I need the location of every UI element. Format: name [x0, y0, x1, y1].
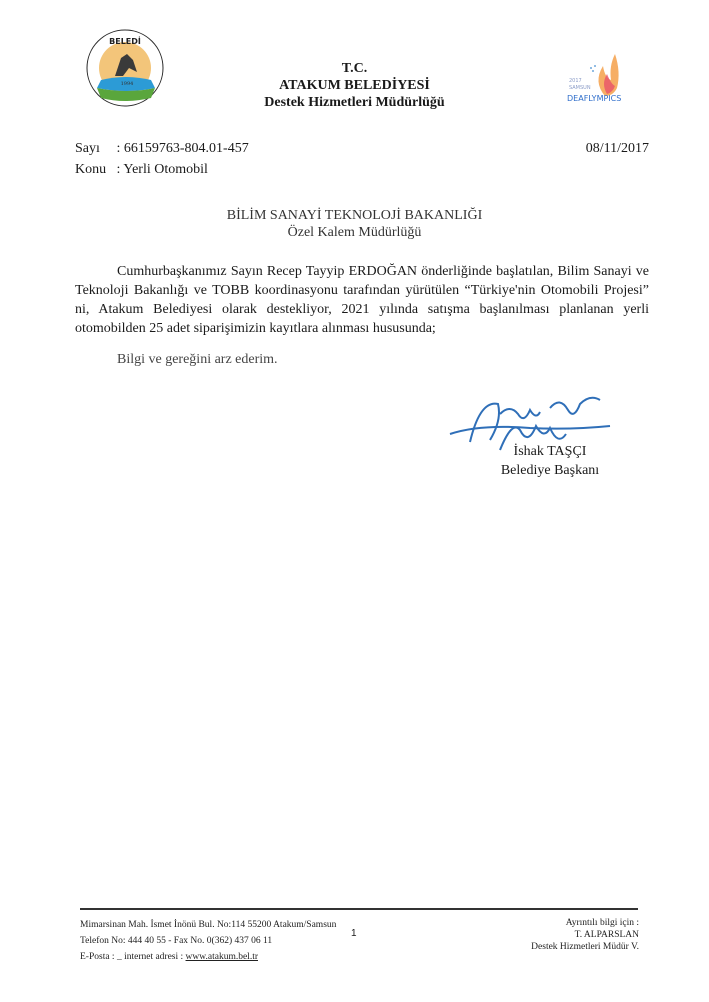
recipient: BİLİM SANAYİ TEKNOLOJİ BAKANLIĞI Özel Ka…	[0, 207, 709, 241]
footer-phone: Telefon No: 444 40 55 - Fax No. 0(362) 4…	[80, 933, 336, 949]
footer-contact-person: Ayrıntılı bilgi için : T. ALPARSLAN Dest…	[531, 917, 639, 953]
svg-text:BELEDİ: BELEDİ	[109, 36, 141, 46]
footer-contact: Mimarsinan Mah. İsmet İnönü Bul. No:114 …	[80, 917, 336, 965]
konu-row: Konu : Yerli Otomobil	[75, 159, 249, 180]
body-paragraph: Cumhurbaşkanımız Sayın Recep Tayyip ERDO…	[75, 262, 649, 338]
signer-title: Belediye Başkanı	[450, 461, 650, 480]
document-date: 08/11/2017	[586, 138, 649, 159]
sayi-value: : 66159763-804.01-457	[117, 141, 249, 156]
svg-text:2017: 2017	[569, 78, 582, 84]
sayi-label: Sayı	[75, 138, 113, 159]
footer-divider	[80, 908, 638, 910]
footer-email-label: E-Posta : _ internet adresi :	[80, 952, 186, 962]
svg-text:DEAFLYMPICS: DEAFLYMPICS	[567, 94, 621, 103]
website-link[interactable]: www.atakum.bel.tr	[186, 952, 258, 962]
signer-name: İshak TAŞÇI	[450, 442, 650, 461]
document-meta: Sayı : 66159763-804.01-457 Konu : Yerli …	[75, 138, 249, 180]
page-number: 1	[351, 928, 357, 939]
contact-label: Ayrıntılı bilgi için :	[531, 917, 639, 929]
recipient-office: Özel Kalem Müdürlüğü	[0, 224, 709, 241]
svg-text:SAMSUN: SAMSUN	[569, 85, 591, 91]
deaflympics-logo-icon: 2017 SAMSUN DEAFLYMPICS	[563, 48, 633, 110]
signer-block: İshak TAŞÇI Belediye Başkanı	[450, 442, 650, 480]
konu-label: Konu	[75, 159, 113, 180]
letter-body: Cumhurbaşkanımız Sayın Recep Tayyip ERDO…	[75, 262, 649, 338]
konu-value: : Yerli Otomobil	[117, 162, 208, 177]
contact-name: T. ALPARSLAN	[531, 929, 639, 941]
closing-line: Bilgi ve gereğini arz ederim.	[117, 352, 278, 368]
contact-title: Destek Hizmetleri Müdür V.	[531, 941, 639, 953]
recipient-ministry: BİLİM SANAYİ TEKNOLOJİ BAKANLIĞI	[0, 207, 709, 224]
footer-email-row: E-Posta : _ internet adresi : www.atakum…	[80, 949, 336, 965]
sayi-row: Sayı : 66159763-804.01-457	[75, 138, 249, 159]
footer-address: Mimarsinan Mah. İsmet İnönü Bul. No:114 …	[80, 917, 336, 933]
